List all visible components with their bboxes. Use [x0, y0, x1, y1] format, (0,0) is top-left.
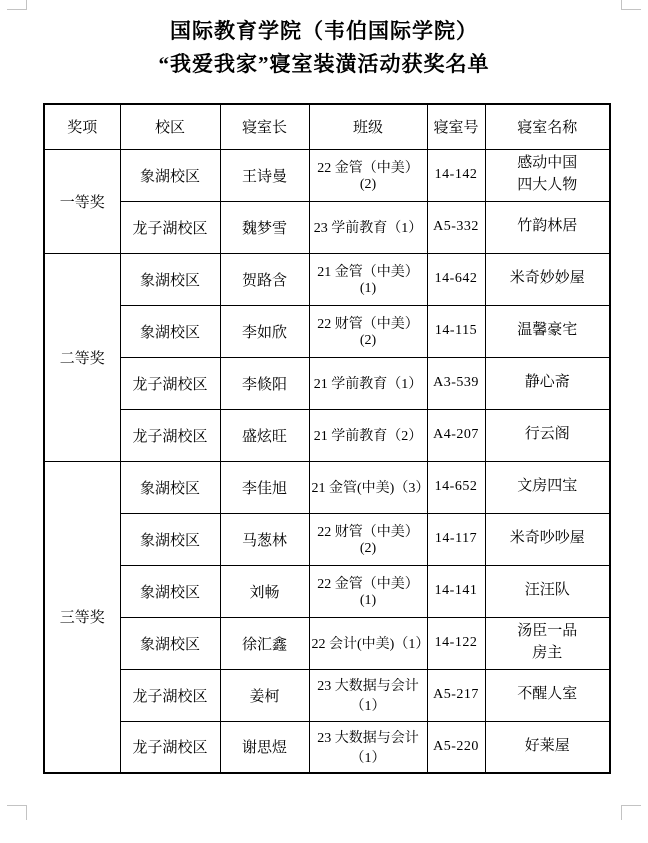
cell-room-number: 14-117 — [427, 513, 485, 565]
cell-leader: 魏梦雪 — [220, 201, 309, 253]
header-class: 班级 — [309, 104, 427, 149]
cell-campus: 象湖校区 — [120, 253, 220, 305]
header-leader: 寝室长 — [220, 104, 309, 149]
cell-leader: 刘畅 — [220, 565, 309, 617]
cell-leader: 徐汇鑫 — [220, 617, 309, 669]
table-row: 象湖校区徐汇鑫22 会计(中美)（1）14-122汤臣一品 房主 — [44, 617, 610, 669]
table-header-row: 奖项 校区 寝室长 班级 寝室号 寝室名称 — [44, 104, 610, 149]
cell-class: 22 金管（中美）(1) — [309, 565, 427, 617]
cell-class: 23 大数据与会计（1） — [309, 721, 427, 773]
cell-room-number: 14-122 — [427, 617, 485, 669]
table-row: 象湖校区马葱林22 财管（中美）(2)14-117米奇吵吵屋 — [44, 513, 610, 565]
cell-room-name: 米奇吵吵屋 — [485, 513, 610, 565]
cell-class: 23 大数据与会计（1） — [309, 669, 427, 721]
cell-campus: 象湖校区 — [120, 305, 220, 357]
cell-room-number: A5-332 — [427, 201, 485, 253]
cell-room-name: 行云阁 — [485, 409, 610, 461]
cell-room-number: A5-217 — [427, 669, 485, 721]
cell-class: 21 金管（中美）(1) — [309, 253, 427, 305]
cell-room-number: 14-642 — [427, 253, 485, 305]
award-table: 奖项 校区 寝室长 班级 寝室号 寝室名称 一等奖象湖校区王诗曼22 金管（中美… — [43, 103, 611, 774]
cell-campus: 龙子湖校区 — [120, 409, 220, 461]
cell-campus: 龙子湖校区 — [120, 201, 220, 253]
cell-room-name: 汤臣一品 房主 — [485, 617, 610, 669]
cell-room-name: 米奇妙妙屋 — [485, 253, 610, 305]
crop-mark-top-right — [621, 0, 641, 10]
cell-leader: 姜柯 — [220, 669, 309, 721]
table-row: 龙子湖校区姜柯23 大数据与会计（1）A5-217不醒人室 — [44, 669, 610, 721]
cell-room-number: 14-141 — [427, 565, 485, 617]
cell-room-number: A5-220 — [427, 721, 485, 773]
cell-leader: 贺路含 — [220, 253, 309, 305]
cell-class: 22 金管（中美）(2) — [309, 149, 427, 201]
cell-class: 22 财管（中美）(2) — [309, 513, 427, 565]
cell-class: 21 学前教育（2） — [309, 409, 427, 461]
cell-room-name: 不醒人室 — [485, 669, 610, 721]
cell-room-number: 14-115 — [427, 305, 485, 357]
cell-room-name: 感动中国 四大人物 — [485, 149, 610, 201]
cell-room-name: 竹韵林居 — [485, 201, 610, 253]
cell-award: 三等奖 — [44, 461, 120, 773]
table-row: 龙子湖校区李倐阳21 学前教育（1）A3-539静心斋 — [44, 357, 610, 409]
table-row: 龙子湖校区谢思煜23 大数据与会计（1）A5-220好莱屋 — [44, 721, 610, 773]
cell-room-number: A3-539 — [427, 357, 485, 409]
cell-campus: 象湖校区 — [120, 461, 220, 513]
crop-mark-bottom-left — [7, 805, 27, 820]
header-award: 奖项 — [44, 104, 120, 149]
cell-leader: 盛炫旺 — [220, 409, 309, 461]
cell-campus: 象湖校区 — [120, 149, 220, 201]
cell-campus: 龙子湖校区 — [120, 721, 220, 773]
header-campus: 校区 — [120, 104, 220, 149]
cell-room-name: 温馨豪宅 — [485, 305, 610, 357]
crop-mark-top-left — [7, 0, 27, 10]
cell-class: 23 学前教育（1） — [309, 201, 427, 253]
cell-leader: 谢思煜 — [220, 721, 309, 773]
cell-campus: 龙子湖校区 — [120, 669, 220, 721]
crop-mark-bottom-right — [621, 805, 641, 820]
table-row: 三等奖象湖校区李佳旭21 金管(中美)（3）14-652文房四宝 — [44, 461, 610, 513]
cell-leader: 李如欣 — [220, 305, 309, 357]
table-row: 象湖校区刘畅22 金管（中美）(1)14-141汪汪队 — [44, 565, 610, 617]
cell-class: 22 财管（中美）(2) — [309, 305, 427, 357]
cell-room-name: 好莱屋 — [485, 721, 610, 773]
cell-room-number: 14-652 — [427, 461, 485, 513]
cell-leader: 王诗曼 — [220, 149, 309, 201]
cell-class: 21 金管(中美)（3） — [309, 461, 427, 513]
cell-campus: 象湖校区 — [120, 565, 220, 617]
cell-room-number: 14-142 — [427, 149, 485, 201]
cell-award: 二等奖 — [44, 253, 120, 461]
table-row: 龙子湖校区魏梦雪23 学前教育（1）A5-332竹韵林居 — [44, 201, 610, 253]
cell-campus: 象湖校区 — [120, 617, 220, 669]
cell-class: 21 学前教育（1） — [309, 357, 427, 409]
cell-room-name: 文房四宝 — [485, 461, 610, 513]
cell-award: 一等奖 — [44, 149, 120, 253]
header-room-number: 寝室号 — [427, 104, 485, 149]
cell-leader: 李佳旭 — [220, 461, 309, 513]
cell-leader: 李倐阳 — [220, 357, 309, 409]
table-row: 二等奖象湖校区贺路含21 金管（中美）(1)14-642米奇妙妙屋 — [44, 253, 610, 305]
table-row: 象湖校区李如欣22 财管（中美）(2)14-115温馨豪宅 — [44, 305, 610, 357]
header-room-name: 寝室名称 — [485, 104, 610, 149]
table-row: 龙子湖校区盛炫旺21 学前教育（2）A4-207行云阁 — [44, 409, 610, 461]
cell-class: 22 会计(中美)（1） — [309, 617, 427, 669]
cell-room-name: 汪汪队 — [485, 565, 610, 617]
cell-room-name: 静心斋 — [485, 357, 610, 409]
table-row: 一等奖象湖校区王诗曼22 金管（中美）(2)14-142感动中国 四大人物 — [44, 149, 610, 201]
cell-campus: 龙子湖校区 — [120, 357, 220, 409]
cell-leader: 马葱林 — [220, 513, 309, 565]
cell-campus: 象湖校区 — [120, 513, 220, 565]
document-page: 国际教育学院（韦伯国际学院） “我爱我家”寝室装潢活动获奖名单 奖项 校区 寝室… — [0, 0, 648, 843]
document-title-line1: 国际教育学院（韦伯国际学院） — [0, 0, 648, 48]
cell-room-number: A4-207 — [427, 409, 485, 461]
document-title-line2: “我爱我家”寝室装潢活动获奖名单 — [0, 48, 648, 81]
